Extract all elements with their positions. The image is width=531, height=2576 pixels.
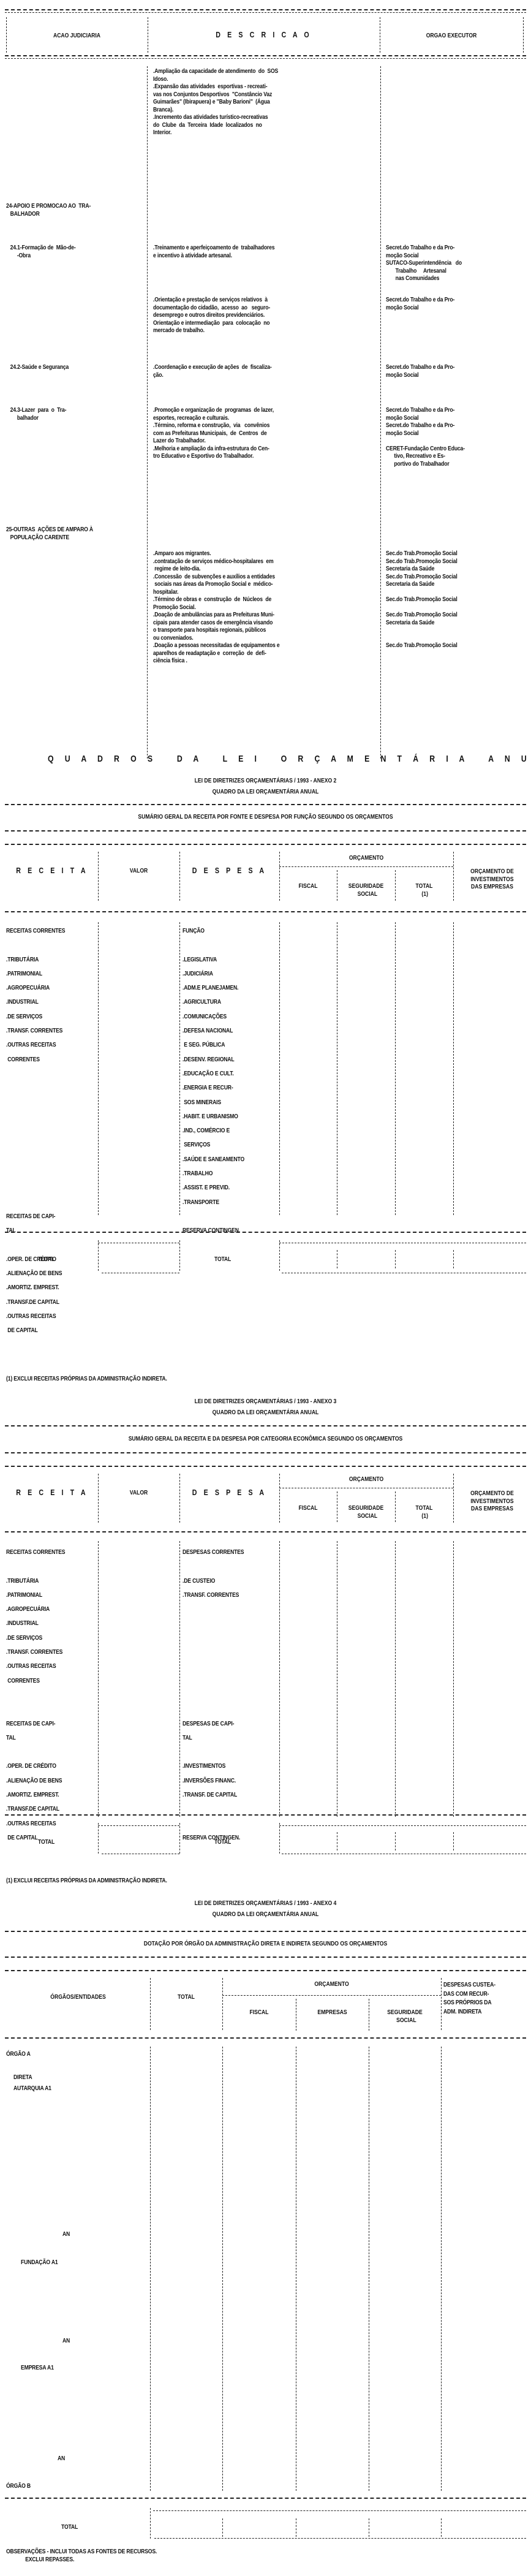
col-divider: [453, 1474, 454, 1523]
col-divider: [380, 66, 381, 759]
col-divider: [179, 1474, 180, 1523]
col-divider: [337, 870, 337, 901]
col-empresas: EMPRESAS: [303, 2009, 363, 2017]
col-divider: [441, 2518, 442, 2537]
rule: [5, 1957, 526, 1958]
rule: [5, 830, 526, 832]
acao-cell: 25-OUTRAS AÇÕES DE AMPARO À POPULAÇÃO CA…: [6, 526, 93, 541]
col-fiscal: FISCAL: [229, 2009, 289, 2017]
col-divider: [179, 1541, 180, 1817]
total-label: TOTAL: [61, 2523, 78, 2531]
col-divider: [441, 1978, 442, 2030]
orgao-cell: Secret.do Trabalho e da Pro- moção Socia…: [386, 244, 462, 282]
col-divider: [395, 1541, 396, 1817]
entity-an: AN: [58, 2455, 65, 2463]
acao-cell: 24.2-Saúde e Segurança: [6, 363, 69, 371]
header-orgao-executor: ORGAO EXECUTOR: [393, 32, 510, 40]
col-divider: [98, 1823, 99, 1854]
col-divider: [279, 922, 280, 1215]
col-receita: R E C E I T A: [15, 1489, 90, 1497]
col-divider: [179, 922, 180, 1215]
col-divider: [337, 1491, 337, 1522]
rule: [5, 2498, 526, 2499]
col-divider: [395, 1491, 396, 1522]
col-orgaos: ÓRGÃOS/ENTIDADES: [19, 1993, 137, 2001]
col-divider: [98, 852, 99, 901]
rule: [5, 1425, 526, 1426]
col-orcamento: ORÇAMENTO: [295, 854, 438, 862]
rule: [5, 1970, 526, 1971]
anexo2-heading: LEI DE DIRETRIZES ORÇAMENTÁRIAS / 1993 -…: [48, 777, 483, 785]
rule: [279, 1488, 453, 1488]
col-divider: [395, 870, 396, 901]
col-divider: [179, 1823, 180, 1854]
col-divider: [337, 1832, 337, 1851]
col-divider: [98, 1474, 99, 1523]
entity-autarquia-a1: AUTARQUIA A1: [13, 2085, 51, 2093]
descricao-cell: .Coordenação e execução de ações de fisc…: [153, 363, 272, 379]
col-divider: [222, 2047, 223, 2491]
col-divider: [453, 1832, 454, 1851]
col-divider: [337, 922, 337, 1215]
rule: [5, 1531, 526, 1532]
descricao-cell: .Treinamento e aperfeiçoamento de trabal…: [153, 244, 274, 259]
acao-cell: 24.3-Lazer para o Tra- balhador: [6, 406, 66, 422]
col-despesa: D E S P E S A: [189, 867, 271, 875]
col-divider: [369, 2518, 369, 2537]
anexo2-subheading: QUADRO DA LEI ORÇAMENTÁRIA ANUAL: [48, 788, 483, 796]
rule: [5, 12, 526, 13]
rule: [5, 804, 526, 805]
col-divider: [337, 1541, 337, 1817]
col-divider: [150, 1978, 151, 2030]
col-divider: [453, 852, 454, 901]
orgao-cell: Secret.do Trabalho e da Pro- moção Socia…: [386, 363, 454, 379]
col-divider: [222, 1978, 223, 2030]
col-investimentos: ORÇAMENTO DE INVESTIMENTOS DAS EMPRESAS: [460, 1490, 524, 1513]
rule: [154, 2538, 526, 2539]
rule: [102, 1854, 179, 1854]
col-divider: [6, 17, 7, 53]
col-receita: R E C E I T A: [15, 867, 90, 875]
receita-list: RECEITAS CORRENTES .TRIBUTÁRIA .PATRIMON…: [6, 924, 65, 1338]
col-divider: [523, 17, 524, 53]
anexo3-heading: LEI DE DIRETRIZES ORÇAMENTÁRIAS / 1993 -…: [48, 1398, 483, 1406]
col-divider: [395, 1832, 396, 1851]
rule: [282, 1854, 526, 1854]
rule: [222, 1995, 441, 1996]
entity-orgao-b: ÓRGÃO B: [6, 2482, 31, 2490]
main-title: Q U A D R O S D A L E I O R Ç A M E N T …: [48, 756, 483, 763]
header-acao: ACAO JUDICIARIA: [19, 32, 135, 40]
rule: [102, 1273, 179, 1273]
rule: [5, 1931, 526, 1932]
col-divider: [179, 1240, 180, 1271]
col-divider: [222, 2518, 223, 2537]
despesa-list: FUNÇÃO .LEGISLATIVA .JUDICIÁRIA .ADM.E P…: [183, 924, 244, 1238]
descricao-cell: .Ampliação da capacidade de atendimento …: [153, 67, 278, 137]
rule: [98, 1825, 179, 1826]
receita-list: RECEITAS CORRENTES .TRIBUTÁRIA .PATRIMON…: [6, 1545, 65, 1845]
rule: [5, 1452, 526, 1453]
col-orcamento: ORÇAMENTO: [295, 1476, 438, 1483]
col-divider: [279, 1474, 280, 1523]
anexo4-heading: LEI DE DIRETRIZES ORÇAMENTÁRIAS / 1993 -…: [48, 1900, 483, 1907]
rule: [5, 911, 526, 912]
col-investimentos: ORÇAMENTO DE INVESTIMENTOS DAS EMPRESAS: [460, 868, 524, 891]
rule: [5, 9, 526, 10]
col-divider: [296, 2518, 296, 2537]
total-label: TOTAL: [38, 1256, 55, 1263]
orgao-cell: Secret.do Trabalho e da Pro- moção Socia…: [386, 406, 465, 468]
rule: [5, 1232, 526, 1233]
entity-direta: DIRETA: [13, 2074, 32, 2082]
col-divider: [148, 17, 148, 53]
col-divider: [147, 66, 148, 759]
col-divider: [150, 2508, 151, 2539]
acao-cell: 24.1-Formação de Mão-de- -Obra: [6, 244, 76, 259]
col-divider: [453, 922, 454, 1215]
anexo4-subheading: QUADRO DA LEI ORÇAMENTÁRIA ANUAL: [48, 1911, 483, 1919]
col-divider: [441, 2047, 442, 2491]
col-divider: [279, 1240, 280, 1271]
orgao-cell: Secret.do Trabalho e da Pro- moção Socia…: [386, 296, 454, 311]
col-seguridade: SEGURIDADE SOCIAL: [375, 2009, 435, 2024]
total-label: TOTAL: [214, 1838, 231, 1846]
rule: [279, 1825, 526, 1826]
col-divider: [369, 2047, 369, 2491]
col-divider: [369, 1999, 369, 2031]
acao-cell: 24-APOIO E PROMOCAO AO TRA- BALHADOR: [6, 202, 91, 218]
header-descricao: D E S C R I C A O: [168, 31, 359, 39]
col-orcamento: ORÇAMENTO: [242, 1980, 421, 1988]
col-divider: [380, 17, 380, 53]
anexo3-subtitle: SUMÁRIO GERAL DA RECEITA E DA DESPESA PO…: [48, 1435, 483, 1443]
col-valor: VALOR: [105, 1489, 172, 1497]
col-divider: [279, 1823, 280, 1854]
col-divider: [296, 2047, 296, 2491]
rule: [98, 1243, 179, 1243]
descricao-cell: .Amparo aos migrantes. .contratação de s…: [153, 550, 280, 665]
anexo3-footnote: (1) EXCLUI RECEITAS PRÓPRIAS DA ADMINIST…: [6, 1877, 167, 1885]
entity-an: AN: [62, 2337, 70, 2345]
total-label: TOTAL: [38, 1838, 55, 1846]
orgao-cell: Sec.do Trab.Promoção Social Sec.do Trab.…: [386, 550, 458, 650]
col-divider: [98, 1240, 99, 1271]
entity-an: AN: [62, 2230, 70, 2238]
col-seguridade: SEGURIDADE SOCIAL: [342, 1504, 390, 1520]
col-divider: [179, 852, 180, 901]
col-divider: [98, 1541, 99, 1817]
col-divider: [279, 1541, 280, 1817]
rule: [5, 2037, 526, 2039]
col-divider: [150, 2047, 151, 2491]
col-divider: [453, 1250, 454, 1268]
rule: [279, 866, 453, 867]
anexo3-subheading: QUADRO DA LEI ORÇAMENTÁRIA ANUAL: [48, 1409, 483, 1417]
entity-empresa-a1: EMPRESA A1: [21, 2364, 54, 2372]
rule: [279, 1243, 526, 1243]
col-valor: VALOR: [105, 867, 172, 875]
despesa-list: DESPESAS CORRENTES .DE CUSTEIO .TRANSF. …: [183, 1545, 244, 1845]
anexo2-footnote: (1) EXCLUI RECEITAS PRÓPRIAS DA ADMINIST…: [6, 1375, 167, 1383]
col-divider: [453, 1541, 454, 1817]
entity-orgao-a: ÓRGÃO A: [6, 2050, 31, 2058]
col-divider: [395, 922, 396, 1215]
rule: [5, 1814, 526, 1816]
col-fiscal: FISCAL: [284, 1504, 331, 1512]
rule: [5, 1466, 526, 1467]
descricao-cell: .Orientação e prestação de serviços rela…: [153, 296, 270, 335]
col-divider: [98, 922, 99, 1215]
col-divider: [395, 1250, 396, 1268]
rule: [5, 58, 526, 59]
col-seguridade: SEGURIDADE SOCIAL: [342, 882, 390, 898]
rule: [153, 2510, 526, 2511]
entity-fundacao-a1: FUNDAÇÃO A1: [21, 2259, 58, 2267]
anexo4-subtitle: DOTAÇÃO POR ÓRGÃO DA ADMINISTRAÇÃO DIRET…: [48, 1940, 483, 1948]
col-fiscal: FISCAL: [284, 882, 331, 890]
col-divider: [296, 1999, 296, 2031]
col-total: TOTAL: [157, 1993, 216, 2001]
col-despesa: D E S P E S A: [189, 1489, 271, 1497]
col-divider: [337, 1250, 337, 1268]
anexo2-subtitle: SUMÁRIO GERAL DA RECEITA POR FONTE E DES…: [48, 813, 483, 821]
rule: [5, 55, 526, 56]
rule: [5, 844, 526, 845]
col-total: TOTAL (1): [401, 882, 448, 898]
total-label: TOTAL: [214, 1256, 231, 1263]
observacoes: OBSERVAÇÕES - INCLUI TODAS AS FONTES DE …: [6, 2548, 157, 2563]
rule: [282, 1273, 526, 1273]
col-despesas-custeadas: DESPESAS CUSTEA- DAS COM RECUR- SOS PRÓP…: [443, 1980, 495, 2016]
descricao-cell: .Promoção e organização de programas de …: [153, 406, 274, 460]
col-divider: [279, 852, 280, 901]
col-total: TOTAL (1): [401, 1504, 448, 1520]
